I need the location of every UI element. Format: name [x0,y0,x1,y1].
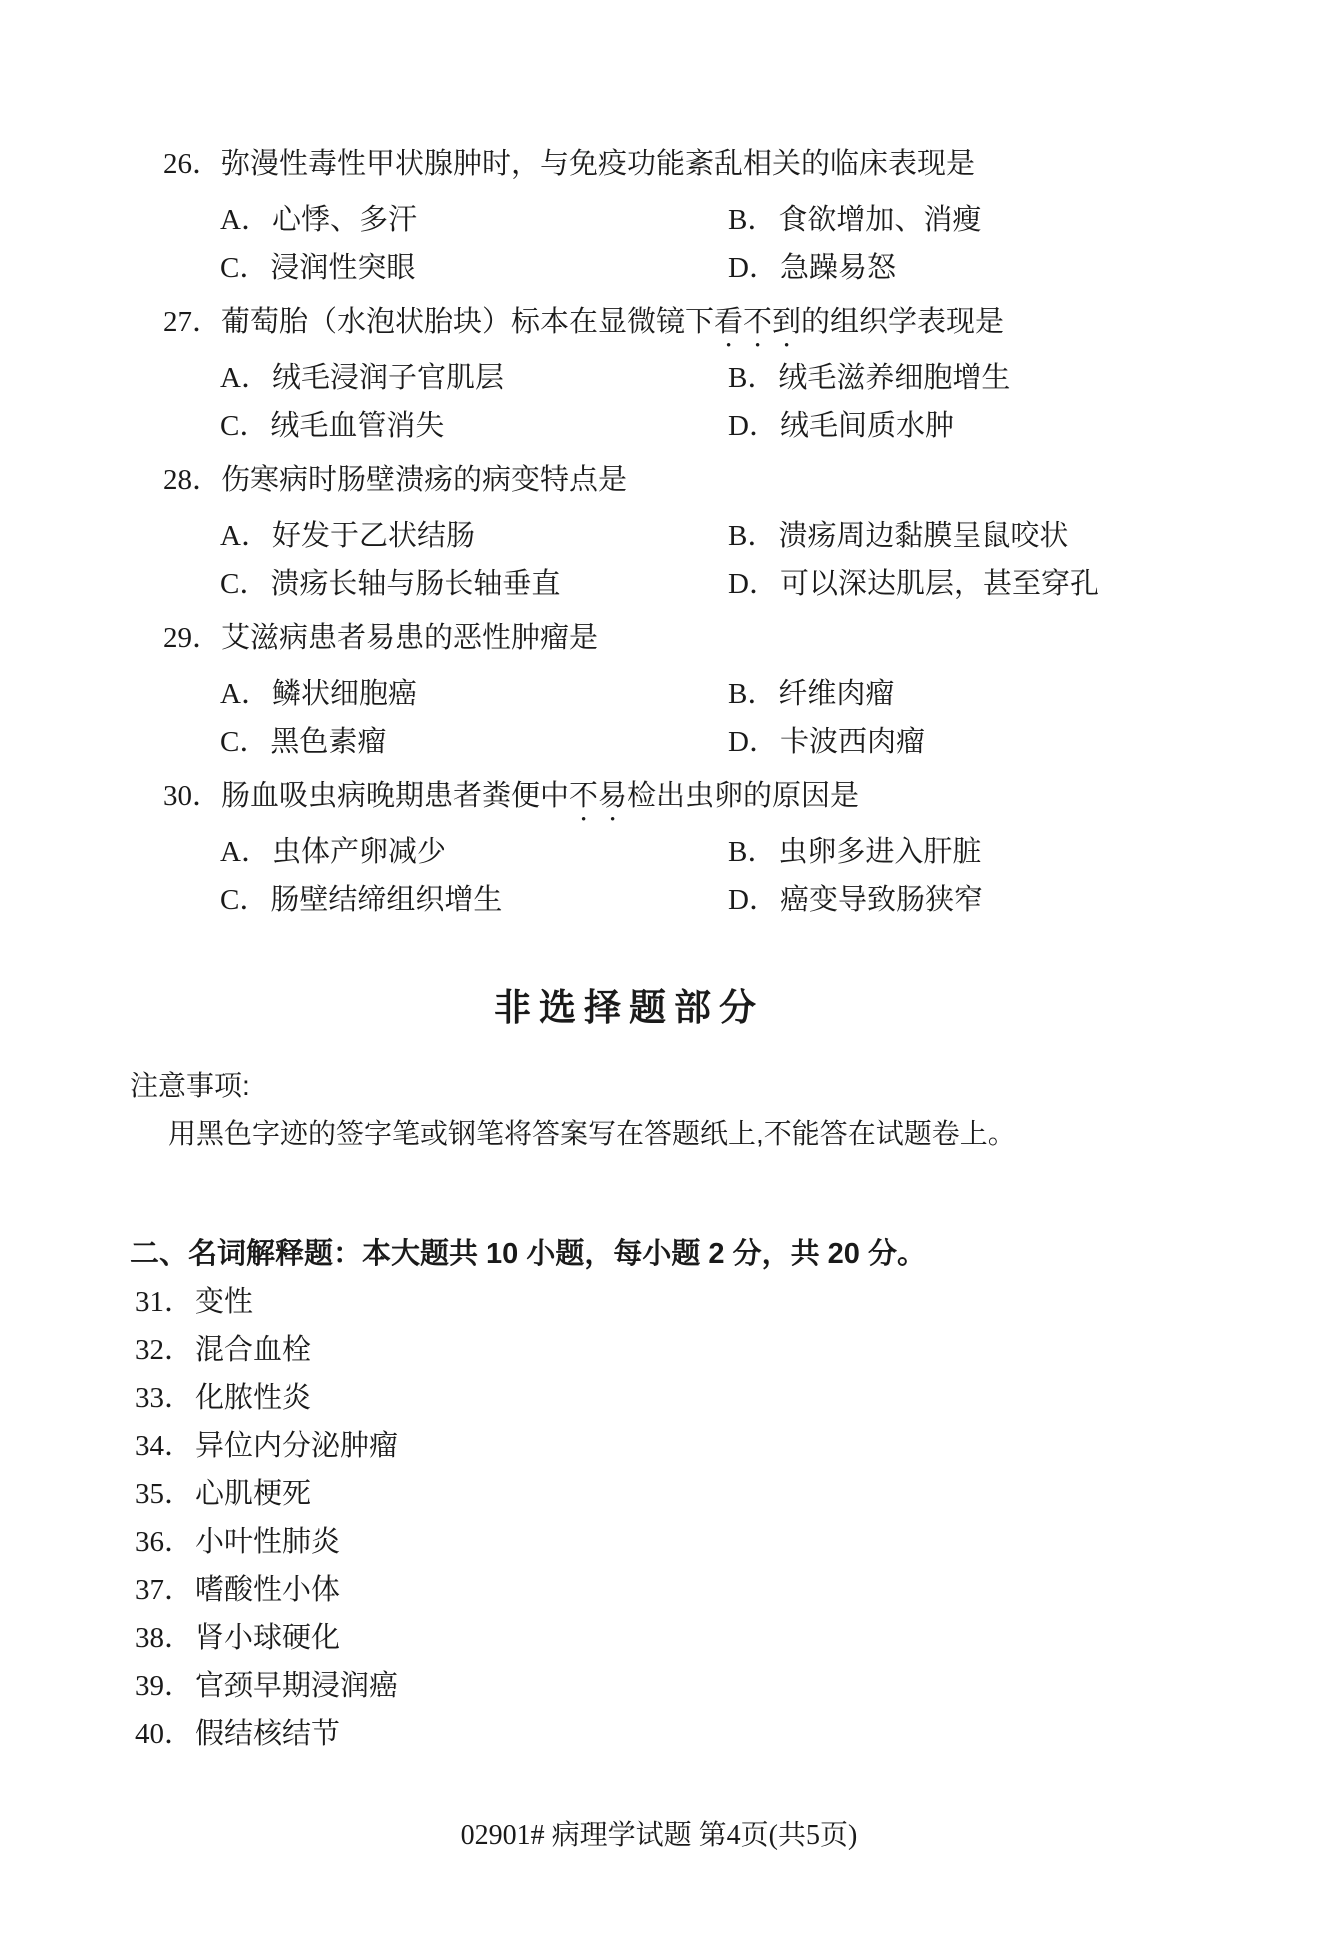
option-text: 心悸、多汗 [272,204,417,236]
question-text: 弥漫性毒性甲状腺肿时，与免疫功能紊乱相关的临床表现是 [221,148,975,180]
page-footer: 02901# 病理学试题 第4页(共5页) [0,1812,1318,1860]
option-b: B．纤维肉瘤 [728,670,1258,718]
term-number: 37． [135,1574,193,1606]
option-text: 浸润性突眼 [270,252,415,284]
question-number: 29． [163,622,221,654]
question-28: 28．伤寒病时肠壁溃疡的病变特点是 A．好发于乙状结肠 B．溃疡周边黏膜呈鼠咬状… [163,456,1258,608]
option-a: A．心悸、多汗 [220,196,728,244]
option-c: C．肠壁结缔组织增生 [220,876,728,924]
term-number: 31． [135,1286,193,1318]
option-c: C．黑色素瘤 [220,718,728,766]
option-label: A． [220,836,270,868]
emphasized-text: 看不到 [714,306,801,338]
option-label: B． [728,678,776,710]
term-text: 嗜酸性小体 [195,1574,340,1606]
question-line: 30．肠血吸虫病晚期患者粪便中不易检出虫卵的原因是 [163,772,1258,828]
term-number: 32． [135,1334,193,1366]
option-label: D． [728,252,778,284]
term-item-32: 32．混合血栓 [135,1326,1258,1374]
options: A．好发于乙状结肠 B．溃疡周边黏膜呈鼠咬状 C．溃疡长轴与肠长轴垂直 D．可以… [220,512,1258,608]
term-item-39: 39．官颈早期浸润癌 [135,1662,1258,1710]
question-line: 28．伤寒病时肠壁溃疡的病变特点是 [163,456,1258,512]
term-number: 40． [135,1718,193,1750]
option-text: 肠壁结缔组织增生 [270,884,502,916]
term-number: 35． [135,1478,193,1510]
option-label: D． [728,410,778,442]
question-26: 26．弥漫性毒性甲状腺肿时，与免疫功能紊乱相关的临床表现是 A．心悸、多汗 B．… [163,140,1258,292]
option-b: B．绒毛滋养细胞增生 [728,354,1258,402]
option-label: A． [220,362,270,394]
term-item-40: 40．假结核结节 [135,1710,1258,1758]
term-text: 小叶性肺炎 [195,1526,340,1558]
option-label: B． [728,520,776,552]
option-text: 溃疡长轴与肠长轴垂直 [270,568,560,600]
emphasized-text: 不易 [569,780,627,812]
question-line: 29．艾滋病患者易患的恶性肿瘤是 [163,614,1258,670]
option-text: 虫体产卵减少 [272,836,446,868]
question-text-post: 的组织学表现是 [801,306,1004,338]
option-d: D．卡波西肉瘤 [728,718,1258,766]
question-number: 30． [163,780,221,812]
option-label: A． [220,678,270,710]
term-number: 38． [135,1622,193,1654]
term-number: 39． [135,1670,193,1702]
option-text: 卡波西肉瘤 [780,726,925,758]
question-text-pre: 葡萄胎（水泡状胎块）标本在显微镜下 [221,306,714,338]
option-b: B．食欲增加、消瘦 [728,196,1258,244]
option-label: D． [728,726,778,758]
option-label: D． [728,568,778,600]
option-text: 好发于乙状结肠 [272,520,475,552]
option-text: 食欲增加、消瘦 [778,204,981,236]
term-text: 心肌梗死 [195,1478,311,1510]
option-text: 虫卵多进入肝脏 [778,836,981,868]
term-number: 34． [135,1430,193,1462]
page-content: 26．弥漫性毒性甲状腺肿时，与免疫功能紊乱相关的临床表现是 A．心悸、多汗 B．… [0,0,1318,1758]
term-text: 假结核结节 [195,1718,340,1750]
question-text: 伤寒病时肠壁溃疡的病变特点是 [221,464,627,496]
options: A．虫体产卵减少 B．虫卵多进入肝脏 C．肠壁结缔组织增生 D．癌变导致肠狭窄 [220,828,1258,924]
question-text: 肠血吸虫病晚期患者粪便中不易检出虫卵的原因是 [221,780,859,812]
term-text: 官颈早期浸润癌 [195,1670,398,1702]
options: A．心悸、多汗 B．食欲增加、消瘦 C．浸润性突眼 D．急躁易怒 [220,196,1258,292]
question-line: 26．弥漫性毒性甲状腺肿时，与免疫功能紊乱相关的临床表现是 [163,140,1258,196]
option-b: B．溃疡周边黏膜呈鼠咬状 [728,512,1258,560]
question-text-pre: 艾滋病患者易患的恶性肿瘤是 [221,622,598,654]
term-text: 变性 [195,1286,253,1318]
option-label: B． [728,362,776,394]
option-b: B．虫卵多进入肝脏 [728,828,1258,876]
option-c: C．浸润性突眼 [220,244,728,292]
term-item-33: 33．化脓性炎 [135,1374,1258,1422]
option-label: C． [220,410,268,442]
section2-header: 二、名词解释题：本大题共 10 小题，每小题 2 分，共 20 分。 [130,1230,1258,1278]
option-d: D．癌变导致肠狭窄 [728,876,1258,924]
term-number: 33． [135,1382,193,1414]
option-text: 溃疡周边黏膜呈鼠咬状 [778,520,1068,552]
option-text: 绒毛血管消失 [270,410,444,442]
notes-text: 用黑色字迹的签字笔或钢笔将答案写在答题纸上,不能答在试题卷上。 [168,1110,1258,1158]
term-text: 化脓性炎 [195,1382,311,1414]
term-item-37: 37．嗜酸性小体 [135,1566,1258,1614]
option-label: B． [728,204,776,236]
options: A．绒毛浸润子官肌层 B．绒毛滋养细胞增生 C．绒毛血管消失 D．绒毛间质水肿 [220,354,1258,450]
options: A．鳞状细胞癌 B．纤维肉瘤 C．黑色素瘤 D．卡波西肉瘤 [220,670,1258,766]
option-a: A．好发于乙状结肠 [220,512,728,560]
option-a: A．绒毛浸润子官肌层 [220,354,728,402]
question-number: 28． [163,464,221,496]
option-text: 鳞状细胞癌 [272,678,417,710]
question-text: 葡萄胎（水泡状胎块）标本在显微镜下看不到的组织学表现是 [221,306,1004,338]
option-label: D． [728,884,778,916]
multiple-choice-section: 26．弥漫性毒性甲状腺肿时，与免疫功能紊乱相关的临床表现是 A．心悸、多汗 B．… [163,140,1258,924]
option-label: B． [728,836,776,868]
question-29: 29．艾滋病患者易患的恶性肿瘤是 A．鳞状细胞癌 B．纤维肉瘤 C．黑色素瘤 D… [163,614,1258,766]
option-text: 急躁易怒 [780,252,896,284]
option-d: D．绒毛间质水肿 [728,402,1258,450]
term-text: 肾小球硬化 [195,1622,340,1654]
option-label: C． [220,726,268,758]
term-text: 混合血栓 [195,1334,311,1366]
option-text: 绒毛浸润子官肌层 [272,362,504,394]
question-text-pre: 弥漫性毒性甲状腺肿时，与免疫功能紊乱相关的临床表现是 [221,148,975,180]
option-text: 绒毛滋养细胞增生 [778,362,1010,394]
term-item-36: 36．小叶性肺炎 [135,1518,1258,1566]
option-c: C．溃疡长轴与肠长轴垂直 [220,560,728,608]
question-text-post: 检出虫卵的原因是 [627,780,859,812]
terms-section: 31．变性 32．混合血栓 33．化脓性炎 34．异位内分泌肿瘤 35．心肌梗死… [135,1278,1258,1758]
question-number: 26． [163,148,221,180]
notes-block: 注意事项: 用黑色字迹的签字笔或钢笔将答案写在答题纸上,不能答在试题卷上。 [130,1062,1258,1158]
option-text: 癌变导致肠狭窄 [780,884,983,916]
option-text: 可以深达肌层，甚至穿孔 [780,568,1099,600]
question-line: 27．葡萄胎（水泡状胎块）标本在显微镜下看不到的组织学表现是 [163,298,1258,354]
question-text-pre: 伤寒病时肠壁溃疡的病变特点是 [221,464,627,496]
exam-paper-page: 26．弥漫性毒性甲状腺肿时，与免疫功能紊乱相关的临床表现是 A．心悸、多汗 B．… [0,0,1318,1945]
option-label: C． [220,568,268,600]
option-d: D．可以深达肌层，甚至穿孔 [728,560,1258,608]
option-text: 纤维肉瘤 [778,678,894,710]
question-30: 30．肠血吸虫病晚期患者粪便中不易检出虫卵的原因是 A．虫体产卵减少 B．虫卵多… [163,772,1258,924]
question-text-pre: 肠血吸虫病晚期患者粪便中 [221,780,569,812]
term-text: 异位内分泌肿瘤 [195,1430,398,1462]
section-title: 非选择题部分 [65,986,1193,1030]
option-label: C． [220,252,268,284]
notes-label: 注意事项: [130,1062,1258,1110]
term-number: 36． [135,1526,193,1558]
option-d: D．急躁易怒 [728,244,1258,292]
question-number: 27． [163,306,221,338]
question-text: 艾滋病患者易患的恶性肿瘤是 [221,622,598,654]
term-item-35: 35．心肌梗死 [135,1470,1258,1518]
term-item-34: 34．异位内分泌肿瘤 [135,1422,1258,1470]
option-c: C．绒毛血管消失 [220,402,728,450]
option-label: A． [220,204,270,236]
option-a: A．鳞状细胞癌 [220,670,728,718]
term-item-31: 31．变性 [135,1278,1258,1326]
option-a: A．虫体产卵减少 [220,828,728,876]
question-27: 27．葡萄胎（水泡状胎块）标本在显微镜下看不到的组织学表现是 A．绒毛浸润子官肌… [163,298,1258,450]
option-label: A． [220,520,270,552]
option-label: C． [220,884,268,916]
option-text: 黑色素瘤 [270,726,386,758]
term-item-38: 38．肾小球硬化 [135,1614,1258,1662]
option-text: 绒毛间质水肿 [780,410,954,442]
